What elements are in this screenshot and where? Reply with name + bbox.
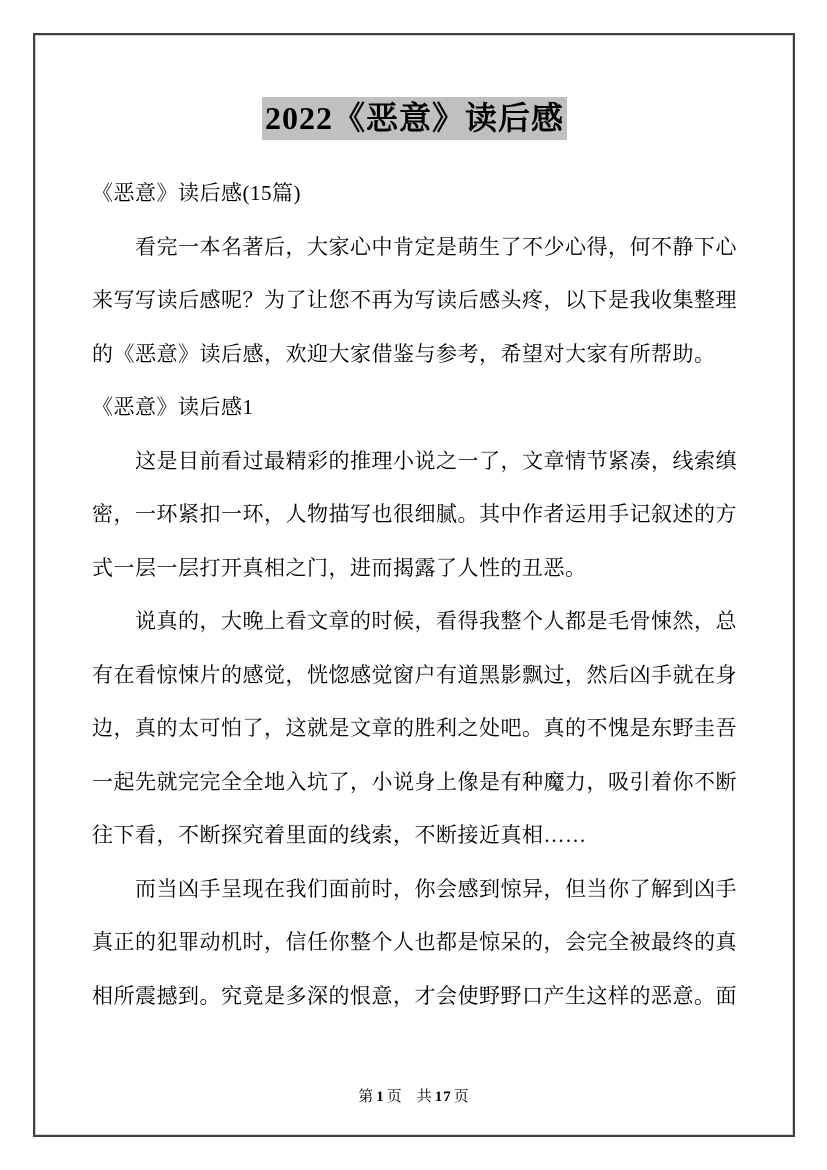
text-line: 密，一环紧扣一环，人物描写也很细腻。其中作者运用手记叙述的方	[92, 488, 737, 542]
text-line: 式一层一层打开真相之门，进而揭露了人性的丑恶。	[92, 542, 737, 596]
text-line: 看完一本名著后，大家心中肯定是萌生了不少心得，何不静下心	[92, 221, 737, 275]
footer-page-suffix: 页	[387, 1089, 403, 1105]
page-footer: 第1页共17页	[35, 1087, 793, 1107]
document-page: { "document": { "title": "2022《恶意》读后感", …	[0, 0, 827, 1170]
intro-paragraph: 看完一本名著后，大家心中肯定是萌生了不少心得，何不静下心来写写读后感呢？为了让您…	[92, 221, 737, 382]
text-line: 一起先就完完全全地入坑了，小说身上像是有种魔力，吸引着你不断	[92, 756, 737, 810]
text-line: 相所震撼到。究竟是多深的恨意，才会使野野口产生这样的恶意。面	[92, 970, 737, 1024]
text-line: 《恶意》读后感(15篇)	[92, 167, 737, 221]
text-line: 真正的犯罪动机时，信任你整个人也都是惊呆的，会完全被最终的真	[92, 916, 737, 970]
body-paragraph: 这是目前看过最精彩的推理小说之一了，文章情节紧凑，线索缜密，一环紧扣一环，人物描…	[92, 435, 737, 596]
text-line: 往下看，不断探究着里面的线索，不断接近真相……	[92, 809, 737, 863]
text-line: 说真的，大晚上看文章的时候，看得我整个人都是毛骨悚然，总	[92, 595, 737, 649]
footer-page-number: 1	[374, 1089, 387, 1105]
text-line: 来写写读后感呢？为了让您不再为写读后感头疼，以下是我收集整理	[92, 274, 737, 328]
footer-total-number: 17	[433, 1089, 454, 1105]
footer-total-suffix: 页	[454, 1089, 470, 1105]
body-paragraph: 说真的，大晚上看文章的时候，看得我整个人都是毛骨悚然，总有在看惊悚片的感觉，恍惚…	[92, 595, 737, 863]
text-line: 边，真的太可怕了，这就是文章的胜利之处吧。真的不愧是东野圭吾，	[92, 702, 737, 756]
body-paragraph: 而当凶手呈现在我们面前时，你会感到惊异，但当你了解到凶手真正的犯罪动机时，信任你…	[92, 863, 737, 1024]
text-line: 这是目前看过最精彩的推理小说之一了，文章情节紧凑，线索缜	[92, 435, 737, 489]
footer-total-prefix: 共	[417, 1089, 433, 1105]
footer-page-prefix: 第	[358, 1089, 374, 1105]
title-highlight: 2022《恶意》读后感	[262, 97, 567, 140]
text-line: 有在看惊悚片的感觉，恍惚感觉窗户有道黑影飘过，然后凶手就在身	[92, 649, 737, 703]
page-frame: 2022《恶意》读后感 《恶意》读后感(15篇)看完一本名著后，大家心中肯定是萌…	[33, 33, 795, 1137]
document-title: 2022《恶意》读后感	[92, 95, 737, 141]
text-line: 的《恶意》读后感，欢迎大家借鉴与参考，希望对大家有所帮助。	[92, 328, 737, 382]
document-body: 《恶意》读后感(15篇)看完一本名著后，大家心中肯定是萌生了不少心得，何不静下心…	[92, 167, 737, 1023]
subtitle-line: 《恶意》读后感(15篇)	[92, 167, 737, 221]
text-line: 而当凶手呈现在我们面前时，你会感到惊异，但当你了解到凶手	[92, 863, 737, 917]
text-line: 《恶意》读后感1	[92, 381, 737, 435]
page-content: 2022《恶意》读后感 《恶意》读后感(15篇)看完一本名著后，大家心中肯定是萌…	[35, 35, 793, 1023]
section-heading: 《恶意》读后感1	[92, 381, 737, 435]
